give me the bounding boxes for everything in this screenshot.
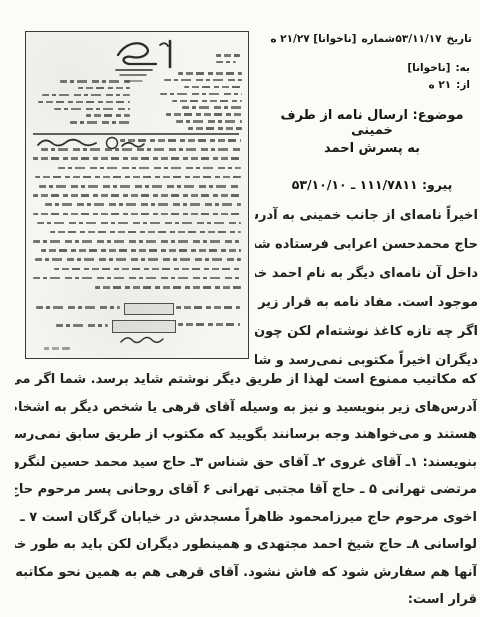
date-label: تاریخ: [447, 33, 472, 45]
to-value: [ناخوانا]: [407, 62, 450, 74]
body-line: آدرس‌های زیر بنویسید و نیز به وسیله آقای…: [15, 394, 477, 422]
scan-form-fields-right: [156, 72, 242, 134]
scan-boxed-note: [112, 320, 176, 333]
scan-body-text: [33, 139, 241, 295]
body-line: هستند و می‌خواهند وجه برسانند بگویید که …: [15, 421, 477, 449]
subject-text: ارسال نامه از طرف خمینی: [280, 108, 408, 138]
body-line: داخل آن نامه‌ای دیگر به نام احمد خمینی: [255, 259, 478, 288]
body-line: آنها هم سفارش شود که فاش نشود. آقای قرهی…: [15, 559, 477, 587]
body-line: اخیراً نامه‌ای از جانب خمینی به آدرس قم: [255, 201, 478, 230]
body-line: حاج محمدحسن اعرابی فرستاده شده و در: [255, 230, 478, 259]
date-field: تاریخ۵۳/۱۱/۱۷: [395, 33, 472, 45]
from-value: ۲۱ ه: [428, 79, 451, 91]
scan-note-line: [176, 306, 240, 309]
body-line: موجود است. مفاد نامه به قرار زیر می‌باشد…: [255, 288, 478, 317]
to-label: به:: [455, 62, 470, 74]
to-field: به:[ناخوانا]: [407, 62, 470, 74]
number-field: شماره[ناخوانا] ۲۱/۲۷ ه: [270, 33, 395, 45]
body-line: بنویسند: ۱ـ آقای غروی ۲ـ آقای حق شناس ۳ـ…: [15, 449, 477, 477]
signature-scribble: [118, 333, 166, 347]
scan-note-line: [36, 306, 120, 309]
subject-line2: به پسرش احمد: [276, 141, 468, 156]
scan-note-line: [178, 323, 240, 326]
subject-label: موضوع:: [413, 108, 464, 123]
scan-form-fields-left: [34, 80, 130, 128]
body-full-text: که مکاتیب ممنوع است لهذا از طریق دیگر نو…: [15, 366, 477, 614]
body-line: مرتضی تهرانی ۵ ـ حاج آقا مجتبی تهرانی ۶ …: [15, 476, 477, 504]
body-line: لواسانی ۸ـ حاج شیخ احمد مجتهدی و همینطور…: [15, 531, 477, 559]
scan-note-line: [56, 324, 108, 327]
body-column-text: اخیراً نامه‌ای از جانب خمینی به آدرس قم …: [255, 201, 478, 375]
from-field: از:۲۱ ه: [428, 79, 470, 91]
body-line: اخوی مرحوم حاج میرزامحمود ظاهراً مسجدش د…: [15, 504, 477, 532]
reference-line: پیرو: ۱۱۱/۷۸۱۱ ـ ۵۳/۱۰/۱۰: [276, 177, 468, 192]
number-value: [ناخوانا] ۲۱/۲۷ ه: [270, 33, 356, 45]
from-label: از:: [456, 79, 470, 91]
date-value: ۵۳/۱۱/۱۷: [395, 33, 441, 45]
savak-document-page: تاریخ۵۳/۱۱/۱۷ شماره[ناخوانا] ۲۱/۲۷ ه به:…: [0, 0, 480, 617]
body-line: اگر چه تازه کاغذ نوشته‌ام لکن چون از شما…: [255, 317, 478, 346]
scan-corner-note: [216, 54, 240, 68]
scanned-letter-image: [25, 31, 249, 359]
body-line: قرار است:: [15, 586, 477, 614]
number-label: شماره: [361, 33, 395, 45]
scan-footer-mark: [44, 347, 70, 350]
subject-line: موضوع: ارسال نامه از طرف خمینی: [276, 108, 468, 138]
scan-boxed-note: [124, 303, 174, 315]
body-line: که مکاتیب ممنوع است لهذا از طریق دیگر نو…: [15, 366, 477, 394]
